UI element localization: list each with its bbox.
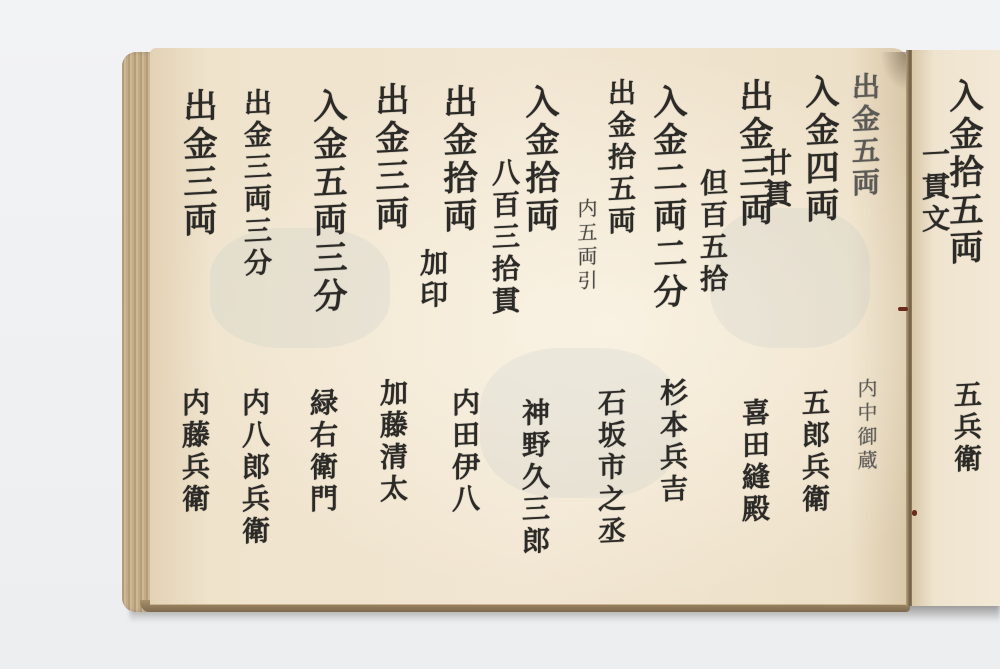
- name-column: 内中御蔵: [856, 377, 876, 558]
- entry-column: 入金拾両: [522, 83, 556, 325]
- left-page: 出金五両 入金四両 廿貫 出金三両 但百五拾 入金二両二分 出金拾五両 内五両引…: [150, 48, 910, 604]
- name-column: 喜田縫殿: [740, 397, 768, 588]
- entry-column: 加印: [418, 247, 446, 368]
- entry-column: 出金三両: [180, 87, 214, 319]
- name-column: 五郎兵衛: [800, 387, 828, 588]
- entry-column: 一貫文: [920, 139, 948, 290]
- name-column: 内八郎兵衛: [240, 387, 268, 588]
- ink-stain: [912, 510, 917, 516]
- name-column: 内田伊八: [450, 387, 478, 588]
- entry-column: 出金五両: [850, 71, 878, 332]
- name-column: 石坂市之丞: [596, 387, 624, 618]
- entry-column: 但百五拾: [698, 167, 726, 368]
- entry-column: 入金四両: [802, 73, 836, 275]
- entry-column: 入金拾五両: [946, 77, 980, 319]
- name-column: 内藤兵衛: [180, 387, 208, 588]
- name-column: 加藤清太: [378, 377, 406, 588]
- entry-column: 出金三両: [736, 77, 770, 309]
- entry-column: 入金二両二分: [650, 83, 684, 345]
- entry-column: 出金三両三分: [242, 87, 270, 388]
- entry-column: 出金拾五両: [606, 77, 634, 358]
- entry-column: 八百三拾貫: [490, 157, 518, 398]
- name-column: 杉本兵吉: [658, 377, 686, 598]
- entry-column: 入金五両三分: [310, 87, 344, 369]
- entry-column: 出金三両: [372, 81, 406, 323]
- ink-stain: [898, 307, 908, 311]
- name-column: 緑右衛門: [308, 387, 336, 588]
- entry-note: 内五両引: [576, 197, 596, 398]
- right-page: 入金拾五両 一貫文 五兵衛: [912, 50, 1000, 606]
- name-column: 五兵衛: [952, 379, 980, 560]
- name-column: 神野久三郎: [520, 397, 548, 608]
- ink-bleed: [210, 228, 390, 348]
